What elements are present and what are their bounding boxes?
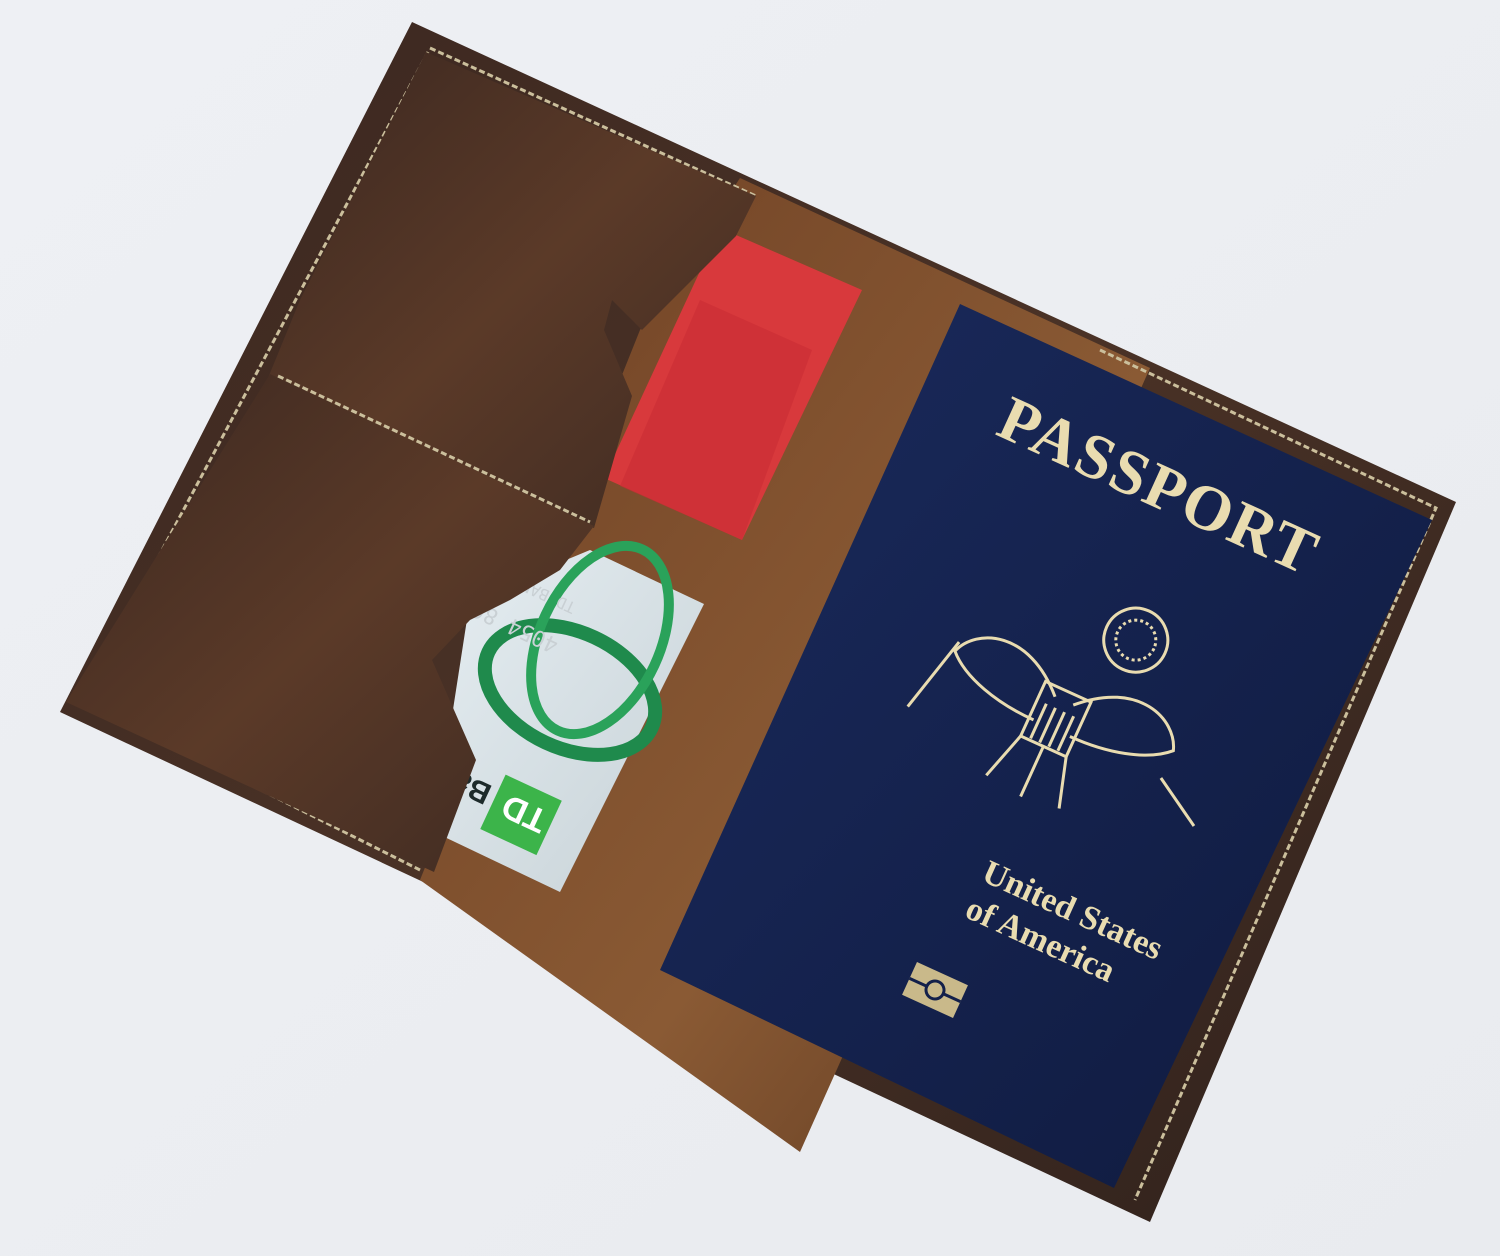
photo-scene: 4054 8628 TD BANK TD Ba PASSPORT — [0, 0, 1500, 1256]
